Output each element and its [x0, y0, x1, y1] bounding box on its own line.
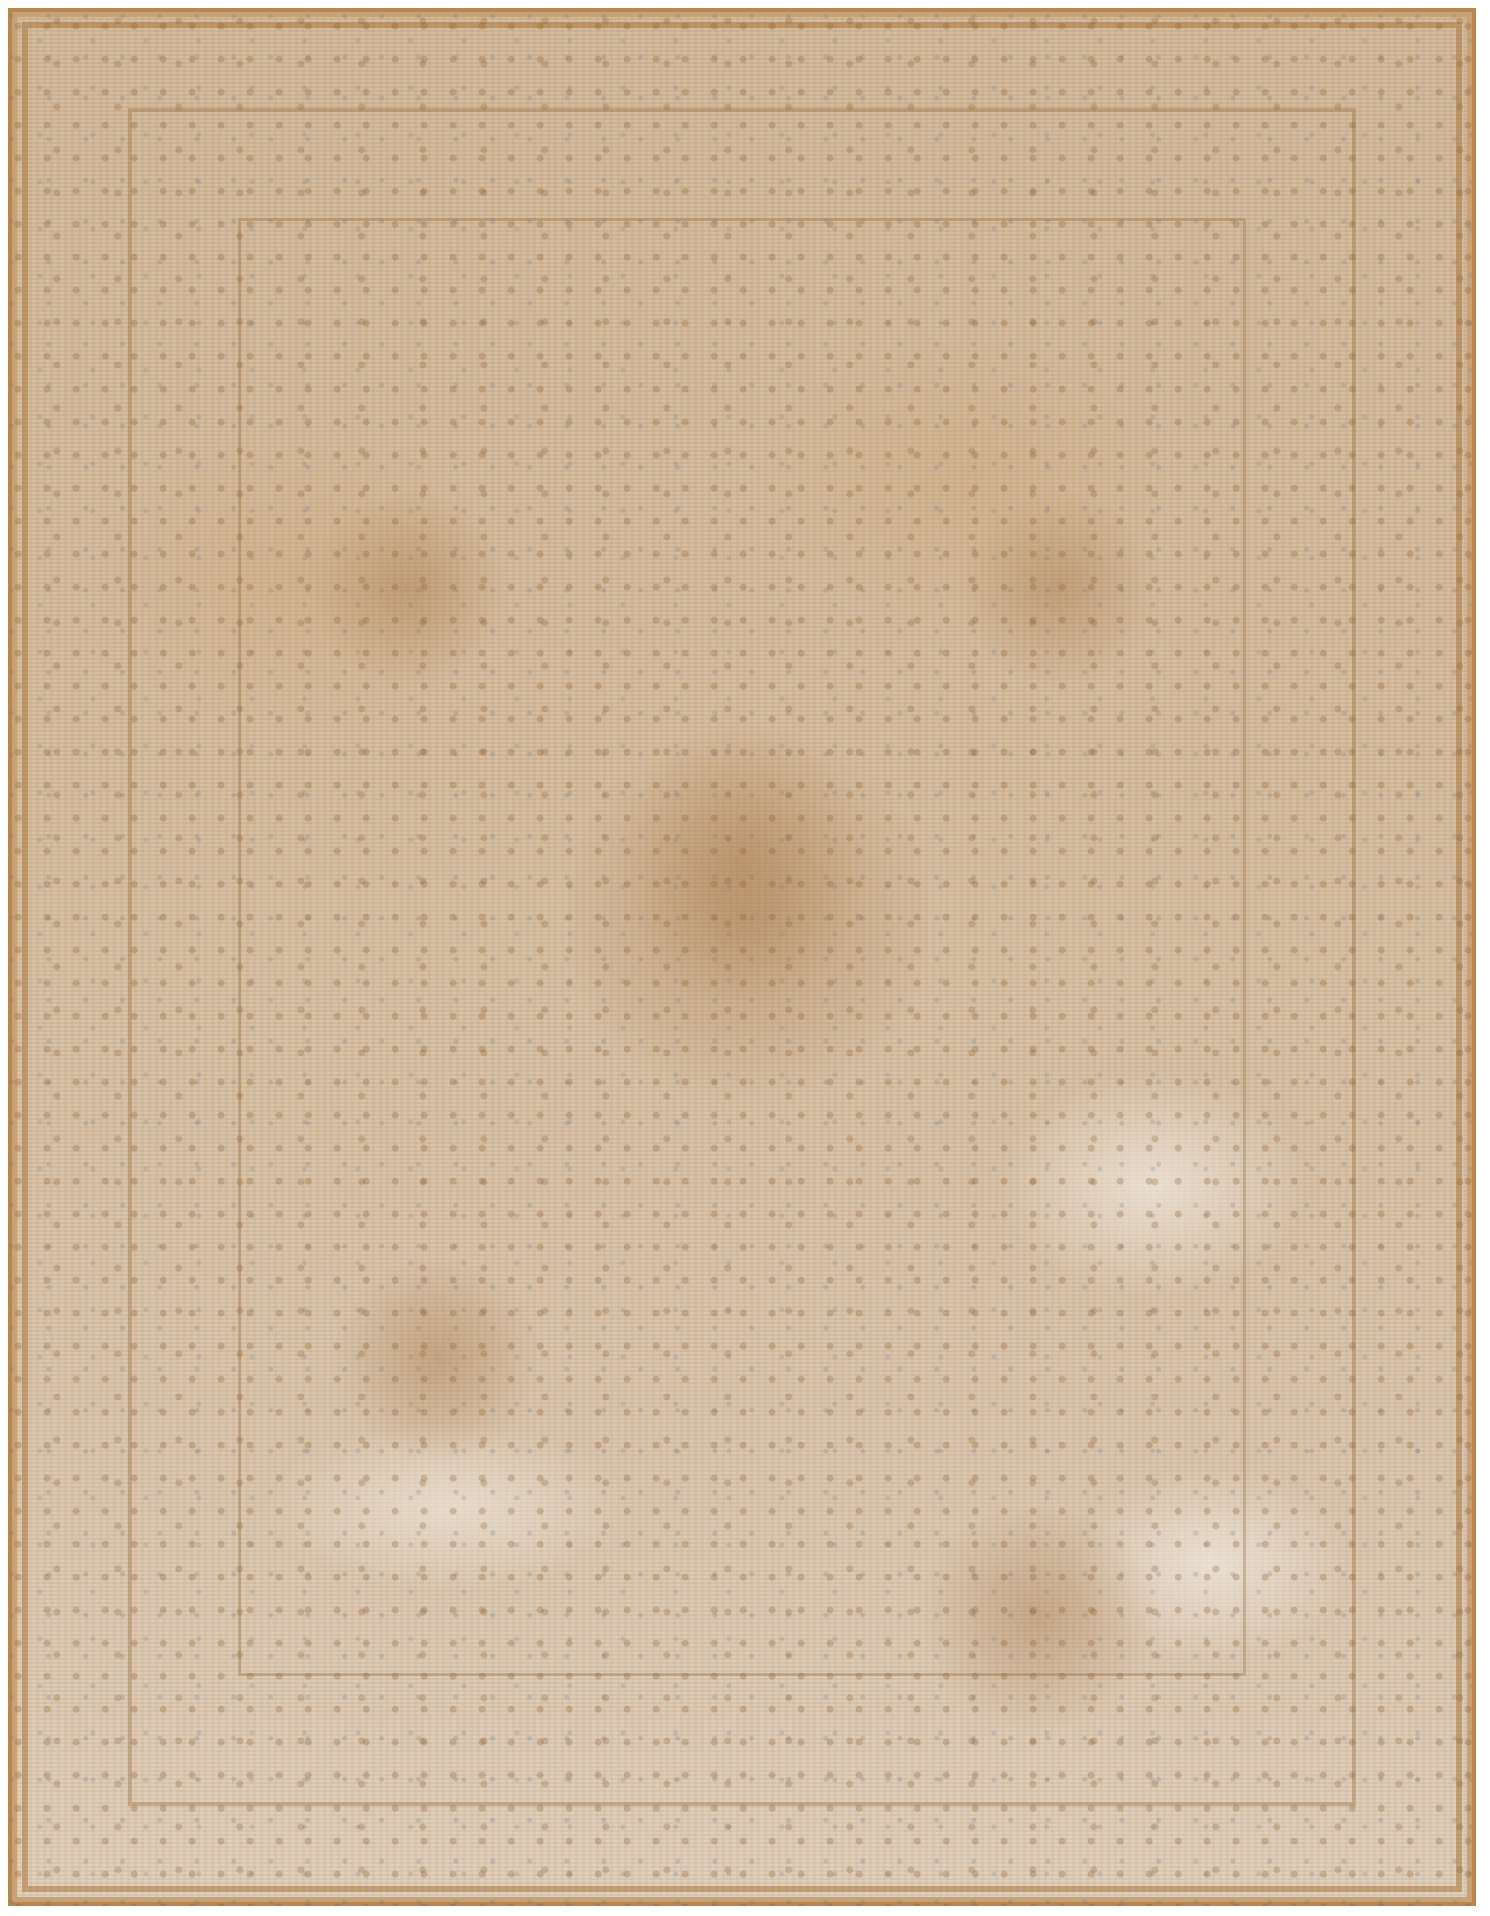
field-motif [328, 1258, 548, 1458]
central-medallion [568, 708, 928, 1128]
rug-middle-border [128, 108, 1356, 1806]
rug-field-border [238, 218, 1246, 1676]
rug [8, 8, 1476, 1906]
rug-texture [8, 8, 1476, 1906]
field-motif [958, 488, 1158, 688]
field-motif [308, 488, 508, 688]
field-motif [908, 1508, 1168, 1728]
rug-outer-border [22, 22, 1462, 1892]
